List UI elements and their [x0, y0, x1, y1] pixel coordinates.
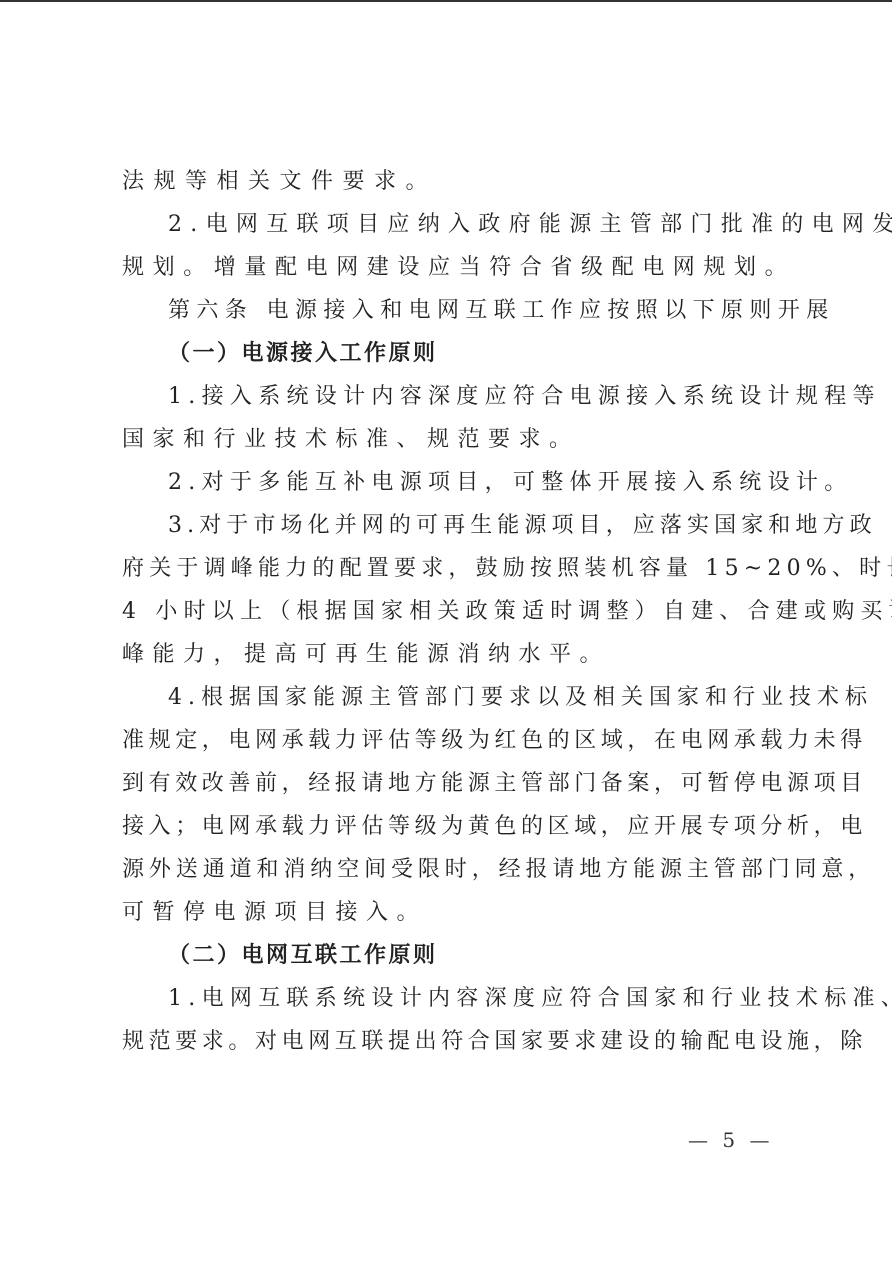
text-line-17: 可暂停电源项目接入。 [122, 891, 782, 934]
text-line-11: 峰能力，提高可再生能源消纳水平。 [122, 633, 782, 676]
text-line-12: 4.根据国家能源主管部门要求以及相关国家和行业技术标 [122, 676, 782, 719]
text-line-13: 准规定，电网承载力评估等级为红色的区域，在电网承载力未得 [122, 719, 782, 762]
text-line-14: 到有效改善前，经报请地方能源主管部门备案，可暂停电源项目 [122, 762, 782, 805]
section-heading-1: （一）电源接入工作原则 [122, 332, 782, 375]
text-line-6: 国家和行业技术标准、规范要求。 [122, 418, 782, 461]
text-line-1: 2.电网互联项目应纳入政府能源主管部门批准的电网发展 [122, 203, 782, 246]
text-line-8: 3.对于市场化并网的可再生能源项目，应落实国家和地方政 [122, 504, 782, 547]
top-border-rule [0, 0, 892, 2]
text-line-20: 规范要求。对电网互联提出符合国家要求建设的输配电设施，除 [122, 1020, 782, 1063]
page-number: — 5 — [688, 1128, 773, 1152]
section-heading-2: （二）电网互联工作原则 [122, 934, 782, 977]
document-body: 法规等相关文件要求。 2.电网互联项目应纳入政府能源主管部门批准的电网发展 规划… [122, 160, 782, 1063]
text-line-0: 法规等相关文件要求。 [122, 160, 782, 203]
text-line-15: 接入；电网承载力评估等级为黄色的区域，应开展专项分析，电 [122, 805, 782, 848]
text-line-2: 规划。增量配电网建设应当符合省级配电网规划。 [122, 246, 782, 289]
text-line-10: 4 小时以上（根据国家相关政策适时调整）自建、合建或购买调 [122, 590, 782, 633]
text-line-16: 源外送通道和消纳空间受限时，经报请地方能源主管部门同意， [122, 848, 782, 891]
article-heading-6: 第六条 电源接入和电网互联工作应按照以下原则开展 [122, 289, 782, 332]
text-line-19: 1.电网互联系统设计内容深度应符合国家和行业技术标准、 [122, 977, 782, 1020]
text-line-5: 1.接入系统设计内容深度应符合电源接入系统设计规程等 [122, 375, 782, 418]
text-line-9: 府关于调峰能力的配置要求，鼓励按照装机容量 15~20%、时长 [122, 547, 782, 590]
text-line-7: 2.对于多能互补电源项目，可整体开展接入系统设计。 [122, 461, 782, 504]
